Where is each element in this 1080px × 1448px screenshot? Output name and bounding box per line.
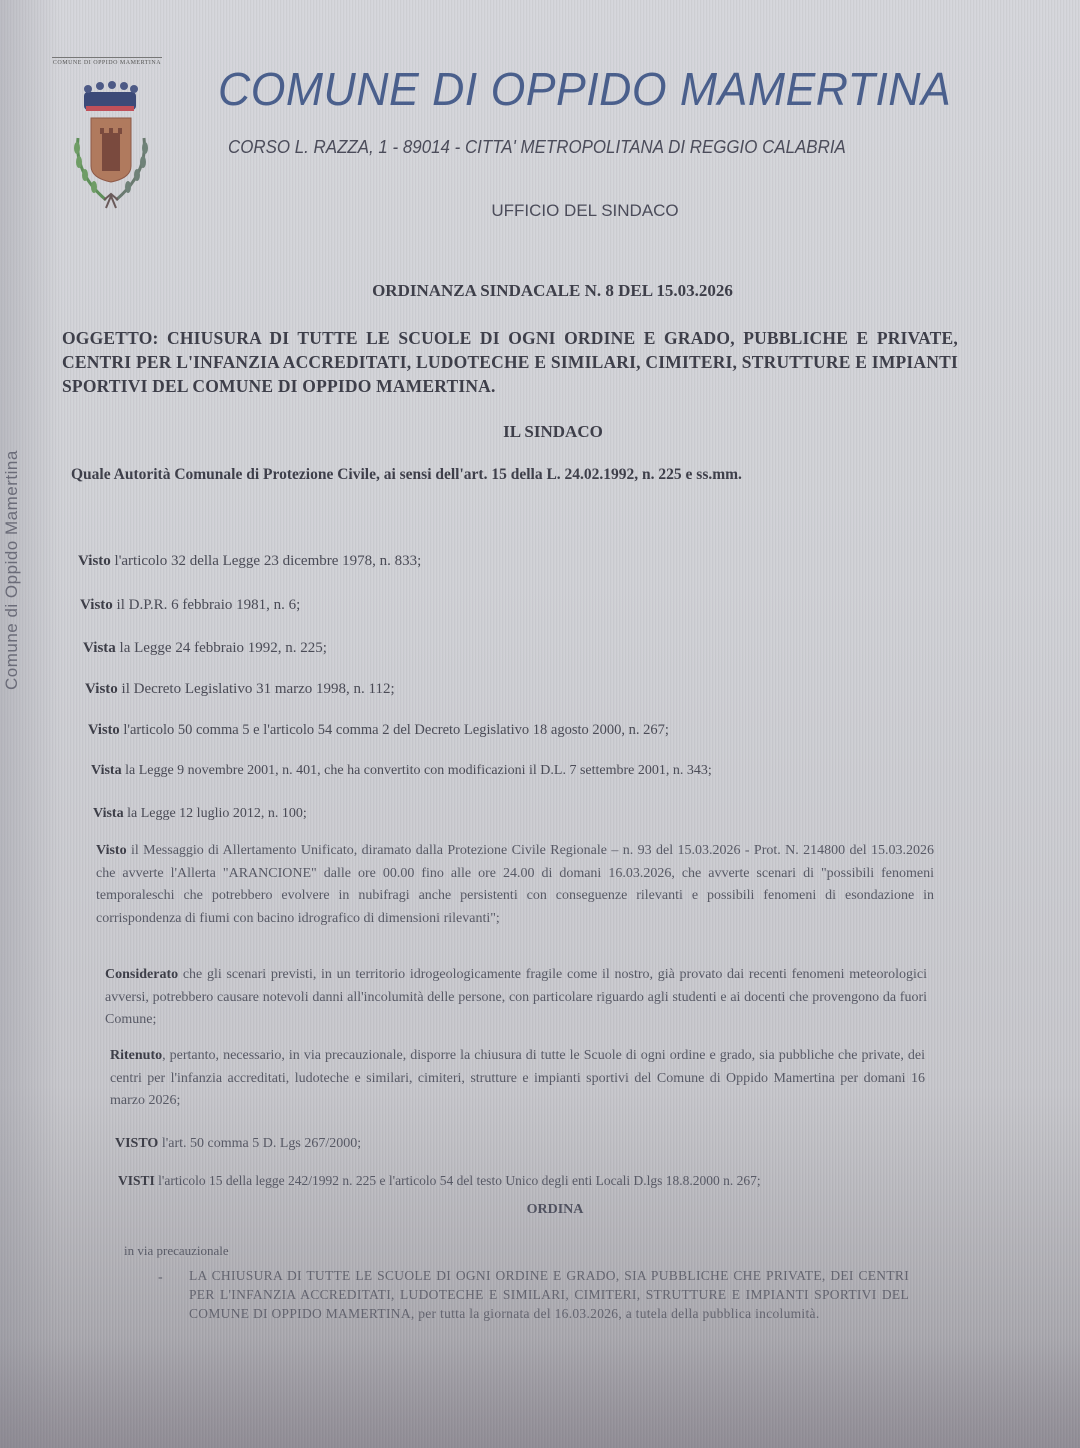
- municipality-address: CORSO L. RAZZA, 1 - 89014 - CITTA' METRO…: [228, 137, 846, 158]
- premise-item: Vista la Legge 24 febbraio 1992, n. 225;: [83, 640, 327, 657]
- premise-item: Visto il Decreto Legislativo 31 marzo 19…: [85, 681, 395, 698]
- premise-item: Visto l'articolo 32 della Legge 23 dicem…: [78, 553, 421, 570]
- premise-item: Vista la Legge 9 novembre 2001, n. 401, …: [91, 763, 712, 779]
- coat-of-arms-icon: [66, 78, 156, 218]
- mayor-heading: IL SINDACO: [26, 422, 1080, 442]
- order-bullet: -: [158, 1270, 163, 1286]
- ordinance-number: ORDINANZA SINDACALE N. 8 DEL 15.03.2026: [25, 281, 1080, 301]
- alert-message-paragraph: Visto il Messaggio di Allertamento Unifi…: [96, 840, 934, 930]
- visti-paragraph: VISTI l'articolo 15 della legge 242/1992…: [118, 1170, 761, 1193]
- order-intro: in via precauzionale: [124, 1243, 229, 1259]
- ordina-heading: ORDINA: [30, 1202, 1080, 1218]
- considerato-paragraph: Considerato che gli scenari previsti, in…: [105, 964, 927, 1032]
- visto-art50-paragraph: VISTO l'art. 50 comma 5 D. Lgs 267/2000;: [115, 1133, 361, 1156]
- crest-caption: COMUNE DI OPPIDO MAMERTINA: [52, 57, 162, 66]
- premise-item: Visto l'articolo 50 comma 5 e l'articolo…: [88, 722, 669, 739]
- premise-item: Vista la Legge 12 luglio 2012, n. 100;: [93, 806, 307, 822]
- order-item: LA CHIUSURA DI TUTTE LE SCUOLE DI OGNI O…: [189, 1266, 909, 1323]
- bottom-shadow: [0, 1338, 1080, 1448]
- municipality-title: COMUNE DI OPPIDO MAMERTINA: [218, 62, 951, 116]
- ordinance-subject: OGGETTO: CHIUSURA DI TUTTE LE SCUOLE DI …: [62, 326, 958, 398]
- office-name: UFFICIO DEL SINDACO: [0, 201, 1080, 221]
- ritenuto-paragraph: Ritenuto, pertanto, necessario, in via p…: [110, 1045, 925, 1113]
- side-watermark: Comune di Oppido Mamertina: [2, 450, 22, 690]
- premise-item: Visto il D.P.R. 6 febbraio 1981, n. 6;: [80, 597, 300, 614]
- authority-line: Quale Autorità Comunale di Protezione Ci…: [71, 466, 742, 484]
